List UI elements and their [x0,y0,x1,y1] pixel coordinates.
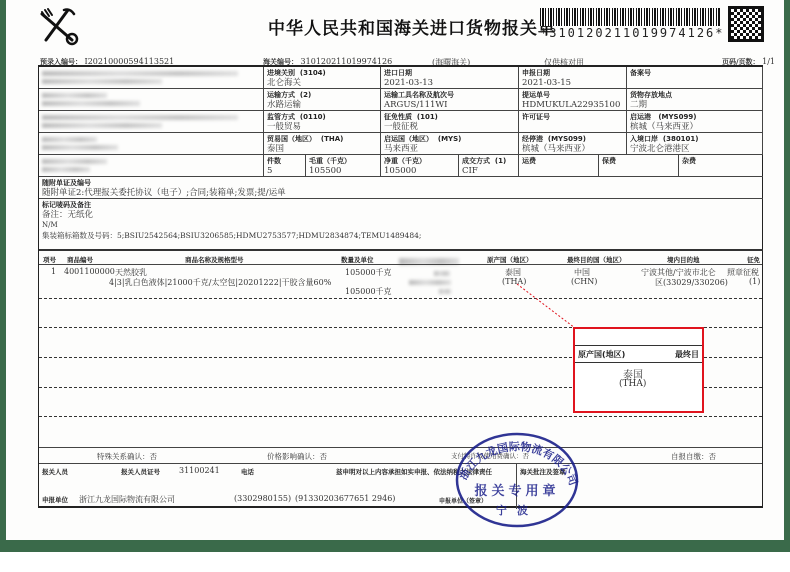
col-qty-unit: 数量及单位 [341,255,374,264]
frame-border-right [784,0,790,540]
consumer-unit-block [39,111,264,133]
net-weight-field: 净重（千克） 105000 [381,155,459,177]
self-report-confirm: 自报自缴：否 [671,451,716,462]
gross-weight-field: 毛重（千克） 105500 [306,155,381,177]
svg-text:报关专用章: 报关专用章 [474,483,559,499]
declaring-unit-label: 申报单位 [42,495,68,504]
supervision-mode-field: 监管方式 (0110) 一般贸易 [264,111,381,133]
bill-of-lading-field: 提运单号 HDMUKULA22935100 [519,89,627,111]
col-tax-mode: 征免 [747,255,760,264]
col-domestic-dest: 境内目的地 [667,255,700,264]
freight-field: 运费 [519,155,599,177]
import-date-field: 进口日期 2021-03-13 [381,67,519,89]
transit-port-field: 经停港 (MYS099) 槟城（马来西亚） [519,133,627,155]
row-divider [39,416,762,417]
col-destination: 最终目的国（地区） [567,255,626,264]
entry-port-field: 入境口岸 (380101) 宁波北仑港港区 [627,133,763,155]
special-relation-confirm: 特殊关系确认：否 [97,451,157,462]
packages-field: 件数 5 [264,155,306,177]
marks-remarks-field: 标记唛码及备注 备注：无纸化 N/M 集装箱标箱数及号码：5;BSIU25425… [39,199,763,251]
barcode-number: *310120211019974126* [540,26,725,40]
row-divider [39,298,762,299]
departure-port-field: 启运港 (MYS099) 槟城（马来西亚） [627,111,763,133]
qr-code-icon [728,6,764,42]
col-name-spec: 商品名称及规格型号 [185,255,244,264]
customs-emblem-icon [38,6,82,46]
transport-mode-field: 运输方式 (2) 水路运输 [264,89,381,111]
screenshot-frame: 中华人民共和国海关进口货物报关单 *310120211019974126* 预录… [0,0,790,572]
packaging-block [39,155,264,177]
storage-place-field: 货物存放地点 二期 [627,89,763,111]
barcode [540,8,720,26]
origin-callout-box: 原产国(地区) 最终目 泰国 (THA) [573,327,704,413]
unit-code-2: (91330203677651 2946) [295,494,395,503]
frame-border-bottom [0,540,790,552]
declaration-form: 进境关别 (3104) 北仑海关 运输方式 (2) 水路运输 监管方式 (011… [38,65,763,508]
entry-customs-field: 进境关别 (3104) 北仑海关 [264,67,381,89]
company-seal-icon: 浙江九龙国际物流有限公司 报关专用章 宁波 [452,428,582,528]
insurance-field: 保费 [599,155,679,177]
attachments-field: 随附单证及编号 随附单证2:代理报关委托协议（电子）;合同;装箱单;发票;提/运… [39,177,763,199]
contract-no-block [39,133,264,155]
consignee-block [39,67,264,89]
overseas-consignor-block [39,89,264,111]
vessel-voyage-field: 运输工具名称及航次号 ARGUS/111WI [381,89,519,111]
col-origin: 原产国（地区） [487,255,533,264]
tax-nature-field: 征免性质 (101) 一般征税 [381,111,519,133]
unit-code-1: (3302980155) [234,494,291,503]
phone-label: 电话 [241,467,254,476]
trade-country-field: 贸易国（地区） (THA) 泰国 [264,133,381,155]
transaction-mode-field: 成交方式 (1) CIF [459,155,519,177]
declare-date-field: 申报日期 2021-03-15 [519,67,627,89]
departure-country-field: 启运国（地区） (MYS) 马来西亚 [381,133,519,155]
declaring-unit-name: 浙江九龙国际物流有限公司 [79,494,175,505]
declarant-label: 报关人员 [42,467,68,476]
misc-fee-field: 杂费 [679,155,763,177]
col-item-no: 项号 [43,255,56,264]
record-no-field: 备案号 [627,67,763,89]
svg-text:宁波: 宁波 [496,503,538,517]
declarant-cert-no: 31100241 [179,466,220,475]
price-impact-confirm: 价格影响确认：否 [267,451,327,462]
license-no-field: 许可证号 [519,111,627,133]
declarant-cert-label: 报关人员证号 [121,467,160,476]
col-hs-code: 商品编号 [67,255,93,264]
document-title: 中华人民共和国海关进口货物报关单 [268,14,556,39]
